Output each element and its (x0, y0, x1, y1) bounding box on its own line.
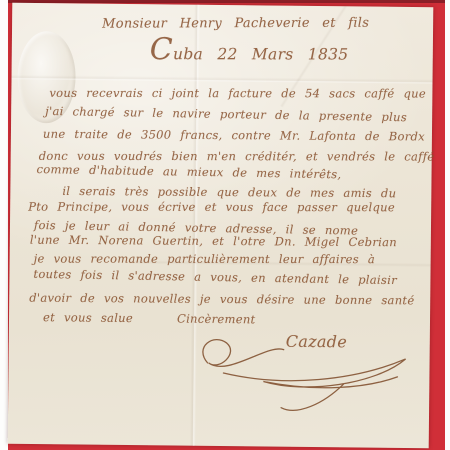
body-line: une traite de 3500 francs, contre Mr. La… (43, 127, 425, 144)
closing-line: et vous salue (43, 310, 133, 325)
body-line: l'une Mr. Norena Guertin, et l'otre Dn. … (30, 233, 397, 250)
body-line: d'avoir de vos nouvelles je vous désire … (29, 291, 414, 308)
signature-name-text: Cazade (286, 332, 347, 352)
date-line: Cuba 22 Mars 1835 (150, 45, 349, 63)
signature-flourish: Cazade (193, 323, 424, 435)
recipient-line: Monsieur Henry Pacheverie et fils (102, 16, 369, 32)
body-line: Pto Principe, vous écrive et vous face p… (28, 200, 395, 215)
body-line: je vous recomande particulièrement leur … (34, 252, 375, 267)
body-line: comme d'habitude au mieux de mes intérêt… (36, 162, 341, 181)
body-line: j'ai chargé sur le navire porteur de la … (45, 104, 407, 124)
body-line: il serais très possible que deux de mes … (62, 184, 396, 200)
body-line: donc vous voudrés bien m'en créditér, et… (39, 149, 435, 164)
body-line: toutes fois il s'adresse a vous, en aten… (33, 267, 397, 287)
letter-paper: Monsieur Henry Pacheverie et fils Cuba 2… (8, 3, 434, 448)
body-line: vous recevrais ci joint la facture de 54… (49, 86, 426, 101)
letter-photograph: Monsieur Henry Pacheverie et fils Cuba 2… (0, 0, 450, 450)
